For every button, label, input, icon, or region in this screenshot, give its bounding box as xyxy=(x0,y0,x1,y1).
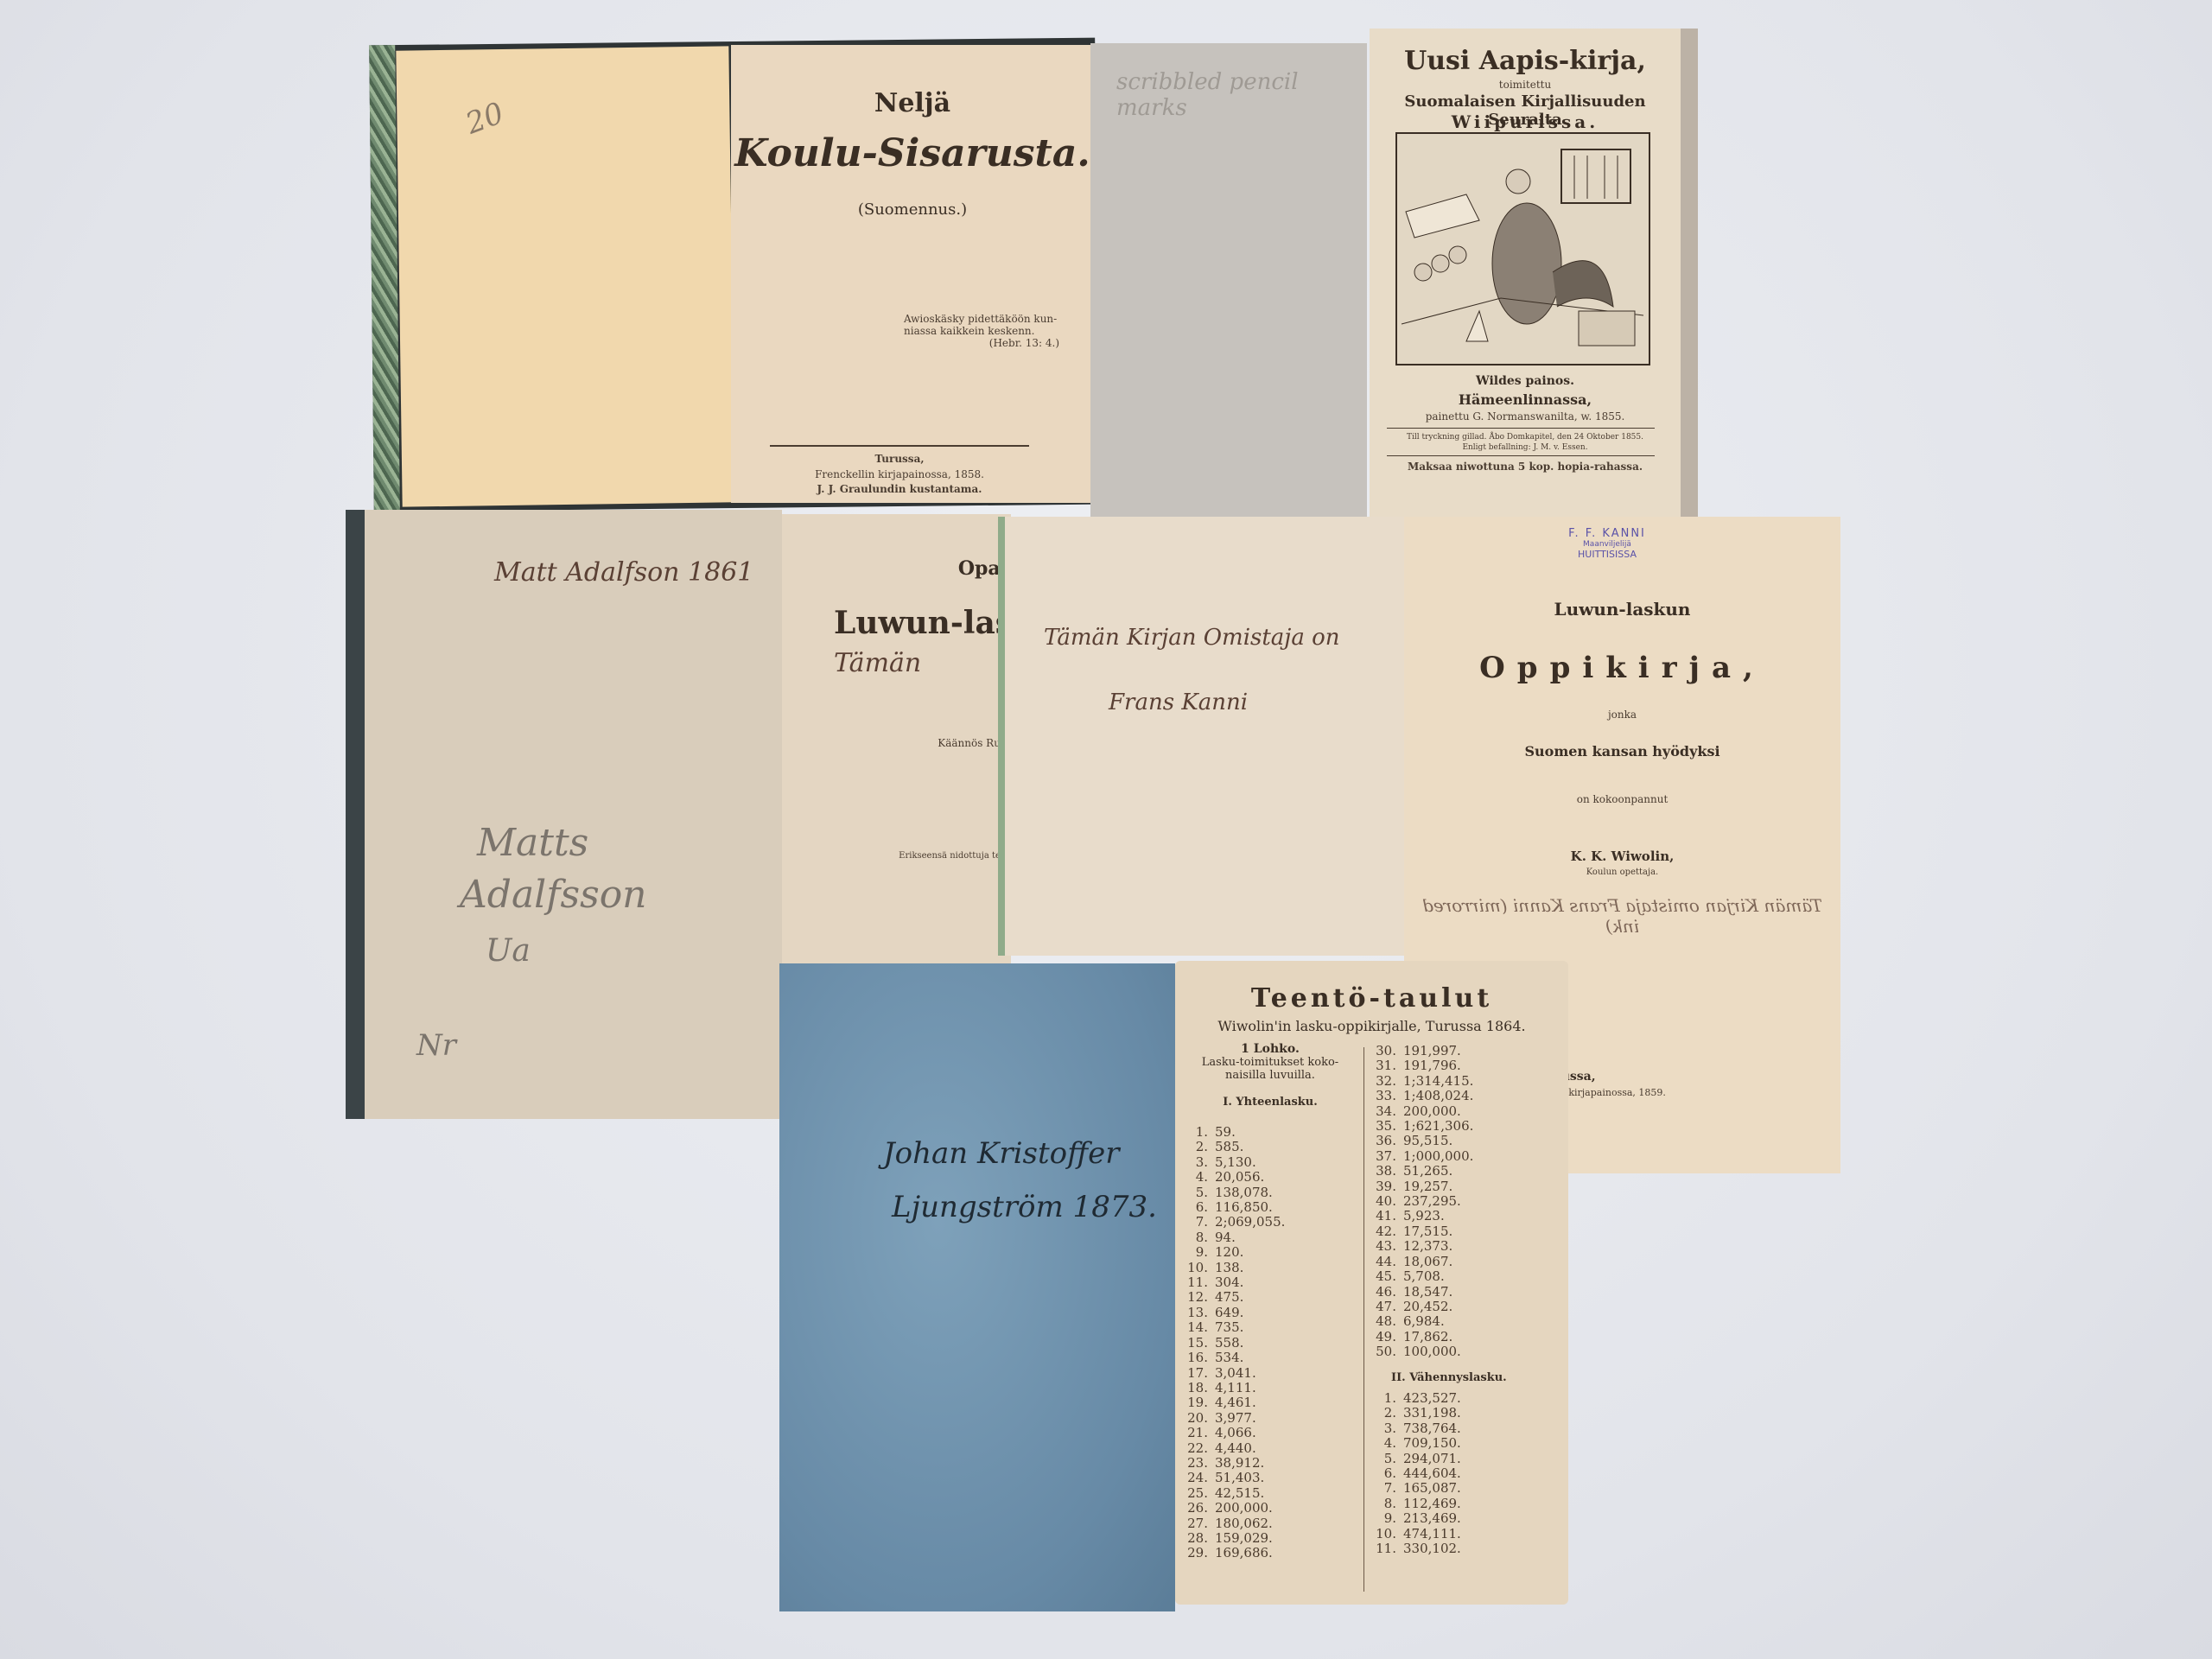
row-value: 5,708. xyxy=(1403,1268,1445,1284)
row-number: 49. xyxy=(1372,1330,1396,1344)
ownership-stamp: F. F. KANNI Maanviljelijä HUITTISISSA xyxy=(1542,527,1672,560)
table-row: 34.200,000. xyxy=(1372,1104,1473,1119)
ownership-line2: Frans Kanni xyxy=(1109,690,1248,715)
row-value: 138. xyxy=(1215,1260,1243,1275)
row-value: 191,997. xyxy=(1403,1043,1461,1058)
table-row: 31.191,796. xyxy=(1372,1058,1473,1073)
row-number: 18. xyxy=(1184,1381,1208,1395)
table-row: 36.95,515. xyxy=(1372,1134,1473,1148)
row-number: 6. xyxy=(1372,1466,1396,1481)
table-row: 42.17,515. xyxy=(1372,1224,1473,1239)
table-row: 26.200,000. xyxy=(1184,1501,1285,1516)
table-row: 1.59. xyxy=(1184,1125,1285,1140)
row-value: 294,071. xyxy=(1403,1451,1461,1466)
row-number: 38. xyxy=(1372,1164,1396,1179)
row-number: 20. xyxy=(1184,1411,1208,1426)
owner-line2: Ljungström 1873. xyxy=(892,1190,1157,1224)
table-row: 38.51,265. xyxy=(1372,1164,1473,1179)
table-row: 45.5,708. xyxy=(1372,1269,1473,1284)
row-number: 11. xyxy=(1184,1275,1208,1290)
row-value: 331,198. xyxy=(1403,1405,1461,1421)
table-row: 43.12,373. xyxy=(1372,1239,1473,1254)
row-number: 8. xyxy=(1372,1497,1396,1511)
row-number: 37. xyxy=(1372,1149,1396,1164)
row-value: 51,403. xyxy=(1215,1470,1264,1485)
row-value: 18,547. xyxy=(1403,1284,1452,1300)
row-value: 19,257. xyxy=(1403,1179,1452,1194)
table-row: 2.585. xyxy=(1184,1140,1285,1154)
table-row: 16.534. xyxy=(1184,1351,1285,1365)
sheet-title: Teentö-taulut xyxy=(1175,983,1568,1014)
row-number: 15. xyxy=(1184,1336,1208,1351)
ornament-rule xyxy=(770,445,1029,447)
censor-line2: Enligt befallning: J. M. v. Essen. xyxy=(1370,443,1681,452)
table-row: 8.112,469. xyxy=(1372,1497,1461,1511)
place: Hämeenlinnassa, xyxy=(1370,391,1681,408)
table-row: 24.51,403. xyxy=(1184,1471,1285,1485)
row-number: 1. xyxy=(1184,1125,1208,1140)
row-value: 649. xyxy=(1215,1305,1243,1320)
table-row: 35.1;621,306. xyxy=(1372,1119,1473,1134)
book-oppikirja-flyleaf: Tämän Kirjan Omistaja on Frans Kanni xyxy=(998,517,1404,956)
row-number: 4. xyxy=(1372,1436,1396,1451)
row-value: 100,000. xyxy=(1403,1344,1461,1359)
table-row: 23.38,912. xyxy=(1184,1456,1285,1471)
signature-bottom-line1: Matts xyxy=(477,821,588,865)
table-row: 9.120. xyxy=(1184,1245,1285,1260)
row-value: 191,796. xyxy=(1403,1058,1461,1073)
row-number: 3. xyxy=(1184,1155,1208,1170)
printer: Frenckellin kirjapainossa, 1858. xyxy=(731,468,1068,480)
row-value: 735. xyxy=(1215,1319,1243,1335)
table-row: 27.180,062. xyxy=(1184,1516,1285,1531)
row-value: 42,515. xyxy=(1215,1485,1264,1501)
table-row: 50.100,000. xyxy=(1372,1344,1473,1359)
title-line1: Luwun-laskun xyxy=(1404,599,1840,620)
epigraph: Awioskäsky pidettäköön kun- niassa kaikk… xyxy=(904,313,1059,349)
table-row: 10.474,111. xyxy=(1372,1527,1461,1541)
table-row: 7.2;069,055. xyxy=(1184,1215,1285,1230)
rooster-icon xyxy=(1397,134,1649,364)
handwriting: Tämän xyxy=(834,648,921,678)
row-number: 48. xyxy=(1372,1314,1396,1329)
row-number: 2. xyxy=(1372,1406,1396,1421)
row-value: 138,078. xyxy=(1215,1185,1273,1200)
author-title: Koulun opettaja. xyxy=(1404,868,1840,877)
title: Uusi Aapis-kirja, xyxy=(1370,46,1681,76)
row-value: 558. xyxy=(1215,1335,1243,1351)
row-number: 6. xyxy=(1184,1200,1208,1215)
table-row: 47.20,452. xyxy=(1372,1300,1473,1314)
table-row: 5.294,071. xyxy=(1372,1452,1461,1466)
row-value: 4,066. xyxy=(1215,1425,1256,1440)
table-row: 11.304. xyxy=(1184,1275,1285,1290)
row-number: 11. xyxy=(1372,1541,1396,1556)
row-value: 169,686. xyxy=(1215,1545,1273,1560)
row-value: 120. xyxy=(1215,1244,1243,1260)
table-row: 22.4,440. xyxy=(1184,1441,1285,1456)
row-number: 22. xyxy=(1184,1441,1208,1456)
footer: Erikseensä nidottuja teko xyxy=(899,851,1011,861)
book-koulu-sisarusta-endpaper: 20 xyxy=(396,46,734,506)
section-label: 1 Lohko. xyxy=(1184,1042,1357,1056)
row-value: 738,764. xyxy=(1403,1421,1461,1436)
table-row: 1.423,527. xyxy=(1372,1391,1461,1406)
row-number: 19. xyxy=(1184,1395,1208,1410)
row-value: 116,850. xyxy=(1215,1199,1273,1215)
row-value: 3,977. xyxy=(1215,1410,1256,1426)
sheet-subtitle: Wiwolin'in lasku-oppikirjalle, Turussa 1… xyxy=(1175,1018,1568,1034)
row-value: 59. xyxy=(1215,1124,1236,1140)
row-number: 45. xyxy=(1372,1269,1396,1284)
row-value: 330,102. xyxy=(1403,1541,1461,1556)
pencil-note: 20 xyxy=(461,96,509,142)
row-number: 26. xyxy=(1184,1501,1208,1516)
row-number: 44. xyxy=(1372,1255,1396,1269)
row-number: 7. xyxy=(1184,1215,1208,1230)
bleedthrough-text: Tämän Kirjan omistaja Frans Kanni (mirro… xyxy=(1404,895,1840,937)
row-number: 47. xyxy=(1372,1300,1396,1314)
row-value: 112,469. xyxy=(1403,1496,1461,1511)
owner-line1: Johan Kristoffer xyxy=(883,1136,1120,1171)
teento-taulut-sheet: Teentö-taulut Wiwolin'in lasku-oppikirja… xyxy=(1175,961,1568,1605)
row-number: 9. xyxy=(1372,1511,1396,1526)
table-row: 21.4,066. xyxy=(1184,1426,1285,1440)
row-value: 1;621,306. xyxy=(1403,1118,1473,1134)
purpose: Suomen kansan hyödyksi xyxy=(1404,743,1840,760)
table-row: 3.5,130. xyxy=(1184,1155,1285,1170)
table-row: 18.4,111. xyxy=(1184,1381,1285,1395)
table-row: 11.330,102. xyxy=(1372,1541,1461,1556)
table-row: 3.738,764. xyxy=(1372,1421,1461,1436)
table-row: 49.17,862. xyxy=(1372,1330,1473,1344)
row-number: 29. xyxy=(1184,1546,1208,1560)
table-row: 17.3,041. xyxy=(1184,1366,1285,1381)
row-value: 180,062. xyxy=(1215,1516,1273,1531)
author: K. K. Wiwolin, xyxy=(1404,849,1840,864)
divider xyxy=(1387,455,1655,456)
divider xyxy=(1387,428,1655,429)
row-value: 4,461. xyxy=(1215,1395,1256,1410)
row-value: 17,862. xyxy=(1403,1329,1452,1344)
row-value: 12,373. xyxy=(1403,1238,1452,1254)
row-value: 95,515. xyxy=(1403,1133,1452,1148)
table-row: 41.5,923. xyxy=(1372,1209,1473,1224)
row-number: 27. xyxy=(1184,1516,1208,1531)
title-line2: Koulu-Sisarusta. xyxy=(731,131,1094,175)
table-row: 29.169,686. xyxy=(1184,1546,1285,1560)
row-value: 2;069,055. xyxy=(1215,1214,1285,1230)
corner-note: Nr xyxy=(416,1028,456,1063)
book-aapis-kirja: Uusi Aapis-kirja, toimitettu Suomalaisen… xyxy=(1370,29,1698,517)
row-number: 1. xyxy=(1372,1391,1396,1406)
row-number: 24. xyxy=(1184,1471,1208,1485)
row-value: 237,295. xyxy=(1403,1193,1461,1209)
row-value: 18,067. xyxy=(1403,1254,1452,1269)
row-number: 50. xyxy=(1372,1344,1396,1359)
book-adalfson-cover: Matt Adalfson 1861 Matts Adalfsson Ua Nr xyxy=(346,510,782,1119)
pencil-marks: scribbled pencil marks xyxy=(1116,69,1367,121)
part2-title: II. Vähennyslasku. xyxy=(1391,1371,1507,1384)
row-value: 200,000. xyxy=(1403,1103,1461,1119)
row-value: 3,041. xyxy=(1215,1365,1256,1381)
edition: Wildes painos. xyxy=(1370,374,1681,388)
vahennyslasku-table: 1.423,527.2.331,198.3.738,764.4.709,150.… xyxy=(1372,1391,1461,1556)
signature-top: Matt Adalfson 1861 xyxy=(494,557,753,588)
row-number: 14. xyxy=(1184,1320,1208,1335)
section-desc-line1: Lasku-toimitukset koko- xyxy=(1184,1056,1357,1069)
title-line2: Oppikirja, xyxy=(1404,651,1840,685)
row-value: 1;314,415. xyxy=(1403,1073,1473,1089)
book-koulu-sisarusta-titlepage: Neljä Koulu-Sisarusta. (Suomennus.) Awio… xyxy=(731,45,1094,503)
table-row: 4.20,056. xyxy=(1184,1170,1285,1185)
toimitettu: toimitettu xyxy=(1370,79,1681,91)
row-value: 159,029. xyxy=(1215,1530,1273,1546)
table-row: 19.4,461. xyxy=(1184,1395,1285,1410)
row-number: 42. xyxy=(1372,1224,1396,1239)
book-blue-booklet: Johan Kristoffer Ljungström 1873. xyxy=(779,963,1175,1611)
row-value: 20,056. xyxy=(1215,1169,1264,1185)
signature-bottom-line2: Adalfsson xyxy=(460,873,647,917)
subtitle: (Suomennus.) xyxy=(731,200,1094,219)
table-row: 39.19,257. xyxy=(1372,1179,1473,1194)
row-value: 4,440. xyxy=(1215,1440,1256,1456)
stamp-name: F. F. KANNI xyxy=(1542,527,1672,540)
title-line1: Neljä xyxy=(731,88,1094,118)
table-row: 28.159,029. xyxy=(1184,1531,1285,1546)
row-value: 1;000,000. xyxy=(1403,1148,1473,1164)
row-number: 46. xyxy=(1372,1285,1396,1300)
censor-line1: Till tryckning gillad. Åbo Domkapitel, d… xyxy=(1370,433,1681,442)
row-value: 709,150. xyxy=(1403,1435,1461,1451)
section-desc-line2: naisilla luvuilla. xyxy=(1184,1069,1357,1082)
row-number: 8. xyxy=(1184,1230,1208,1245)
row-value: 585. xyxy=(1215,1139,1243,1154)
row-value: 38,912. xyxy=(1215,1455,1264,1471)
table-row: 8.94. xyxy=(1184,1230,1285,1245)
row-number: 41. xyxy=(1372,1209,1396,1224)
table-row: 9.213,469. xyxy=(1372,1511,1461,1526)
table-row: 14.735. xyxy=(1184,1320,1285,1335)
row-number: 21. xyxy=(1184,1426,1208,1440)
table-row: 15.558. xyxy=(1184,1336,1285,1351)
row-number: 5. xyxy=(1372,1452,1396,1466)
row-value: 5,130. xyxy=(1215,1154,1256,1170)
row-number: 35. xyxy=(1372,1119,1396,1134)
section-header: 1 Lohko. Lasku-toimitukset koko- naisill… xyxy=(1184,1042,1357,1109)
ownership-line1: Tämän Kirjan Omistaja on xyxy=(1044,625,1340,651)
row-number: 13. xyxy=(1184,1306,1208,1320)
row-value: 6,984. xyxy=(1403,1313,1445,1329)
row-value: 20,452. xyxy=(1403,1299,1452,1314)
row-value: 423,527. xyxy=(1403,1390,1461,1406)
row-number: 16. xyxy=(1184,1351,1208,1365)
row-value: 5,923. xyxy=(1403,1208,1445,1224)
price: Maksaa niwottuna 5 kop. hopia-rahassa. xyxy=(1370,461,1681,473)
stamp-place: HUITTISISSA xyxy=(1542,549,1672,560)
row-value: 1;408,024. xyxy=(1403,1088,1473,1103)
epigraph-line1: Awioskäsky pidettäköön kun- xyxy=(904,313,1059,325)
rooster-illustration xyxy=(1395,132,1650,365)
marbled-spine xyxy=(369,45,400,512)
jonka: jonka xyxy=(1404,709,1840,721)
city: Wiipurissa. xyxy=(1370,111,1681,132)
book-grey-cover: scribbled pencil marks xyxy=(1090,43,1367,518)
table-row: 5.138,078. xyxy=(1184,1185,1285,1200)
epigraph-ref: (Hebr. 13: 4.) xyxy=(904,337,1059,349)
row-value: 94. xyxy=(1215,1230,1236,1245)
table-row: 13.649. xyxy=(1184,1306,1285,1320)
row-number: 25. xyxy=(1184,1486,1208,1501)
row-number: 5. xyxy=(1184,1185,1208,1200)
row-number: 40. xyxy=(1372,1194,1396,1209)
row-number: 34. xyxy=(1372,1104,1396,1119)
row-value: 213,469. xyxy=(1403,1510,1461,1526)
column-divider xyxy=(1363,1047,1364,1592)
row-number: 10. xyxy=(1372,1527,1396,1541)
table-row: 12.475. xyxy=(1184,1290,1285,1305)
table-row: 7.165,087. xyxy=(1372,1481,1461,1496)
row-value: 475. xyxy=(1215,1289,1243,1305)
row-number: 39. xyxy=(1372,1179,1396,1194)
row-value: 51,265. xyxy=(1403,1163,1452,1179)
table-row: 4.709,150. xyxy=(1372,1436,1461,1451)
row-number: 12. xyxy=(1184,1290,1208,1305)
row-number: 3. xyxy=(1372,1421,1396,1436)
row-number: 17. xyxy=(1184,1366,1208,1381)
table-row: 2.331,198. xyxy=(1372,1406,1461,1421)
table-row: 25.42,515. xyxy=(1184,1486,1285,1501)
table-row: 6.116,850. xyxy=(1184,1200,1285,1215)
row-value: 4,111. xyxy=(1215,1380,1256,1395)
row-number: 36. xyxy=(1372,1134,1396,1148)
row-value: 444,604. xyxy=(1403,1465,1461,1481)
table-row: 46.18,547. xyxy=(1372,1285,1473,1300)
row-number: 23. xyxy=(1184,1456,1208,1471)
row-value: 17,515. xyxy=(1403,1224,1452,1239)
compiled: on kokoonpannut xyxy=(1404,793,1840,805)
table-row: 44.18,067. xyxy=(1372,1255,1473,1269)
row-number: 10. xyxy=(1184,1261,1208,1275)
row-number: 32. xyxy=(1372,1074,1396,1089)
table-row: 33.1;408,024. xyxy=(1372,1089,1473,1103)
row-number: 7. xyxy=(1372,1481,1396,1496)
table-row: 20.3,977. xyxy=(1184,1411,1285,1426)
row-number: 43. xyxy=(1372,1239,1396,1254)
row-number: 2. xyxy=(1184,1140,1208,1154)
table-row: 37.1;000,000. xyxy=(1372,1149,1473,1164)
table-row: 6.444,604. xyxy=(1372,1466,1461,1481)
row-number: 30. xyxy=(1372,1044,1396,1058)
printer: painettu G. Normanswanilta, w. 1855. xyxy=(1370,410,1681,423)
table-row: 30.191,997. xyxy=(1372,1044,1473,1058)
row-number: 28. xyxy=(1184,1531,1208,1546)
yhteenlasku-cont-table: 30.191,997.31.191,796.32.1;314,415.33.1;… xyxy=(1372,1044,1473,1360)
row-number: 31. xyxy=(1372,1058,1396,1073)
row-value: 165,087. xyxy=(1403,1480,1461,1496)
table-row: 48.6,984. xyxy=(1372,1314,1473,1329)
yhteenlasku-table: 1.59.2.585.3.5,130.4.20,056.5.138,078.6.… xyxy=(1184,1125,1285,1561)
row-number: 4. xyxy=(1184,1170,1208,1185)
row-number: 33. xyxy=(1372,1089,1396,1103)
table-row: 40.237,295. xyxy=(1372,1194,1473,1209)
row-value: 474,111. xyxy=(1403,1526,1461,1541)
place: Turussa, xyxy=(731,453,1068,465)
row-number: 9. xyxy=(1184,1245,1208,1260)
signature-bottom-line3: Ua xyxy=(486,933,531,969)
part1-title: I. Yhteenlasku. xyxy=(1184,1096,1357,1109)
row-value: 200,000. xyxy=(1215,1500,1273,1516)
row-value: 304. xyxy=(1215,1274,1243,1290)
table-row: 10.138. xyxy=(1184,1261,1285,1275)
stamp-title: Maanviljelijä xyxy=(1542,540,1672,549)
row-value: 534. xyxy=(1215,1350,1243,1365)
publisher: J. J. Graulundin kustantama. xyxy=(731,483,1068,495)
table-row: 32.1;314,415. xyxy=(1372,1074,1473,1089)
epigraph-line2: niassa kaikkein keskenn. xyxy=(904,325,1059,337)
